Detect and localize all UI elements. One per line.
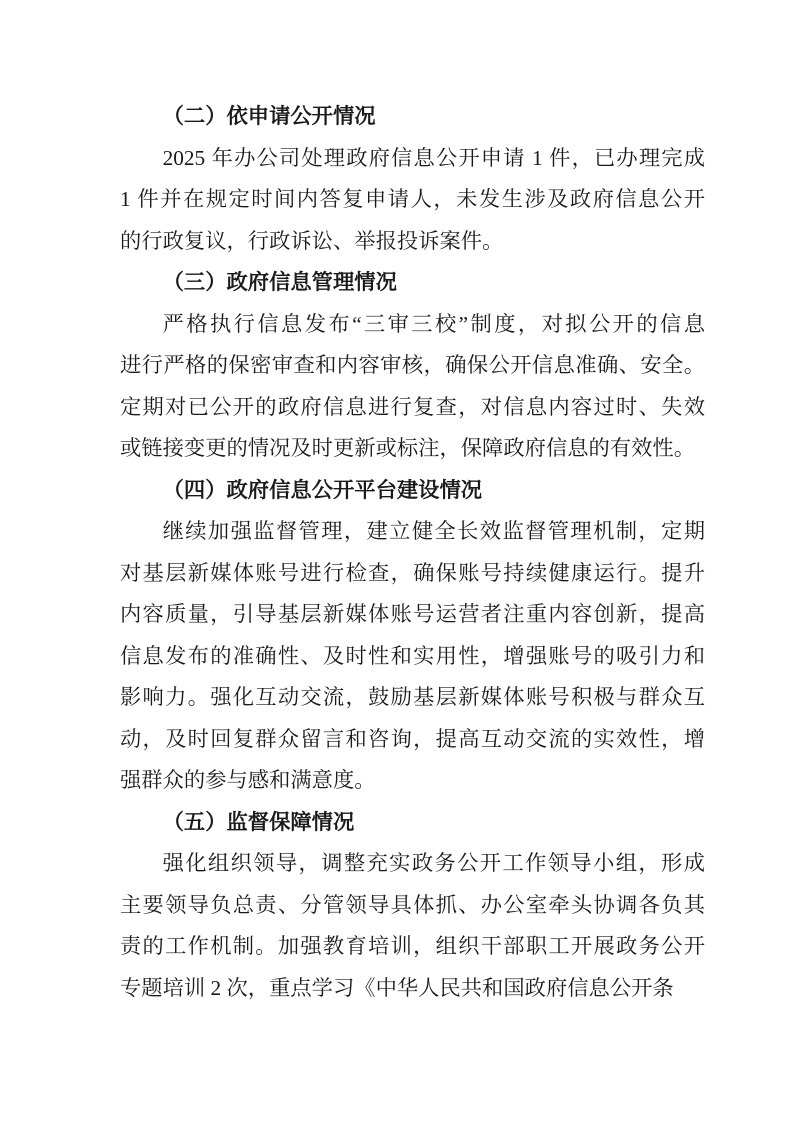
paragraph-line: 进行严格的保密审查和内容审核，确保公开信息准确、安全。 [120, 345, 705, 387]
paragraph-line: 专题培训 2 次，重点学习《中华人民共和国政府信息公开条 [120, 968, 705, 1010]
document-content: （二）依申请公开情况2025 年办公司处理政府信息公开申请 1 件，已办理完成1… [120, 96, 705, 1009]
section-heading: （二）依申请公开情况 [120, 96, 705, 138]
paragraph-line: 影响力。强化互动交流，鼓励基层新媒体账号积极与群众互 [120, 677, 705, 719]
paragraph-line: 1 件并在规定时间内答复申请人，未发生涉及政府信息公开 [120, 179, 705, 221]
paragraph-line: 动，及时回复群众留言和咨询，提高互动交流的实效性，增 [120, 719, 705, 761]
paragraph-line: 2025 年办公司处理政府信息公开申请 1 件，已办理完成 [120, 138, 705, 180]
paragraph-line: 强化组织领导，调整充实政务公开工作领导小组，形成 [120, 843, 705, 885]
paragraph-line: 责的工作机制。加强教育培训，组织干部职工开展政务公开 [120, 926, 705, 968]
paragraph-line: 定期对已公开的政府信息进行复查，对信息内容过时、失效 [120, 387, 705, 429]
paragraph-line: 或链接变更的情况及时更新或标注，保障政府信息的有效性。 [120, 428, 705, 470]
paragraph-line: 主要领导负总责、分管领导具体抓、办公室牵头协调各负其 [120, 885, 705, 927]
paragraph-line: 信息发布的准确性、及时性和实用性，增强账号的吸引力和 [120, 636, 705, 678]
section-heading: （三）政府信息管理情况 [120, 262, 705, 304]
paragraph-line: 继续加强监督管理，建立健全长效监督管理机制，定期 [120, 511, 705, 553]
document-page: （二）依申请公开情况2025 年办公司处理政府信息公开申请 1 件，已办理完成1… [0, 0, 793, 1122]
section-heading: （四）政府信息公开平台建设情况 [120, 470, 705, 512]
paragraph-line: 严格执行信息发布“三审三校”制度，对拟公开的信息 [120, 304, 705, 346]
paragraph-line: 强群众的参与感和满意度。 [120, 760, 705, 802]
paragraph-line: 内容质量，引导基层新媒体账号运营者注重内容创新，提高 [120, 594, 705, 636]
section-heading: （五）监督保障情况 [120, 802, 705, 844]
paragraph-line: 对基层新媒体账号进行检查，确保账号持续健康运行。提升 [120, 553, 705, 595]
paragraph-line: 的行政复议，行政诉讼、举报投诉案件。 [120, 221, 705, 263]
